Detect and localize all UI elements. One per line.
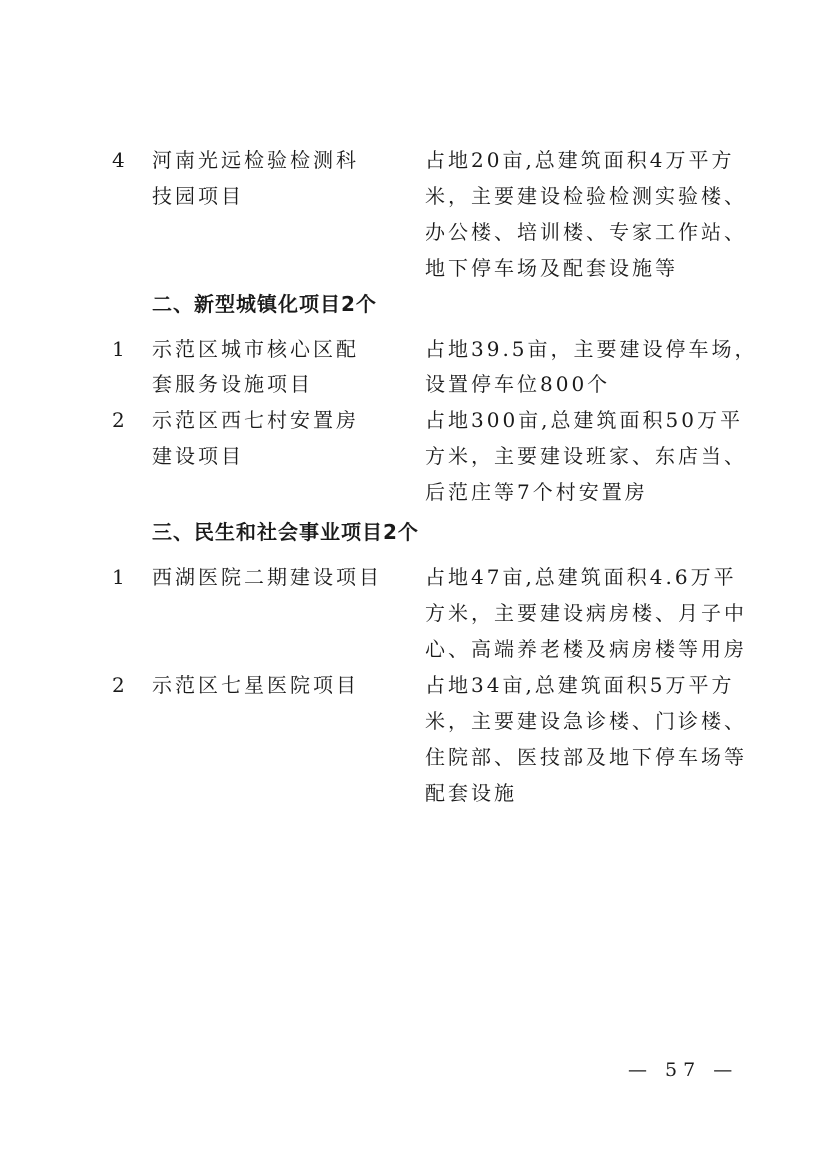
project-description: 配套设施 bbox=[425, 775, 517, 811]
project-description: 后范庄等7个村安置房 bbox=[425, 474, 648, 510]
project-description: 占地300亩,总建筑面积50万平 bbox=[425, 402, 743, 438]
project-description: 住院部、医技部及地下停车场等 bbox=[425, 739, 747, 775]
project-name: 套服务设施项目 bbox=[152, 366, 313, 402]
project-name: 示范区西七村安置房 bbox=[152, 402, 359, 438]
project-name: 建设项目 bbox=[152, 438, 244, 474]
project-description: 占地39.5亩，主要建设停车场， bbox=[425, 331, 758, 367]
project-description: 设置停车位800个 bbox=[425, 366, 610, 402]
project-description: 方米，主要建设班家、东店当、 bbox=[425, 438, 747, 474]
section-heading: 二、新型城镇化项目2个 bbox=[152, 286, 377, 322]
project-name: 示范区七星医院项目 bbox=[152, 667, 359, 703]
project-description: 米，主要建设急诊楼、门诊楼、 bbox=[425, 703, 747, 739]
project-description: 占地34亩,总建筑面积5万平方 bbox=[425, 667, 735, 703]
project-name: 西湖医院二期建设项目 bbox=[152, 559, 382, 595]
project-description: 地下停车场及配套设施等 bbox=[425, 250, 678, 286]
page-number: — 57 — bbox=[628, 1056, 738, 1084]
project-number: 1 bbox=[112, 559, 125, 595]
project-description: 占地47亩,总建筑面积4.6万平 bbox=[425, 559, 737, 595]
project-description: 占地20亩,总建筑面积4万平方 bbox=[425, 142, 735, 178]
project-name: 河南光远检验检测科 bbox=[152, 142, 359, 178]
project-number: 1 bbox=[112, 331, 125, 367]
section-heading: 三、民生和社会事业项目2个 bbox=[152, 514, 419, 550]
project-description: 米，主要建设检验检测实验楼、 bbox=[425, 178, 747, 214]
project-name: 技园项目 bbox=[152, 178, 244, 214]
project-description: 办公楼、培训楼、专家工作站、 bbox=[425, 214, 747, 250]
project-number: 4 bbox=[112, 142, 125, 178]
project-number: 2 bbox=[112, 667, 125, 703]
project-number: 2 bbox=[112, 402, 125, 438]
project-description: 方米，主要建设病房楼、月子中 bbox=[425, 595, 747, 631]
project-name: 示范区城市核心区配 bbox=[152, 331, 359, 367]
project-description: 心、高端养老楼及病房楼等用房 bbox=[425, 631, 747, 667]
